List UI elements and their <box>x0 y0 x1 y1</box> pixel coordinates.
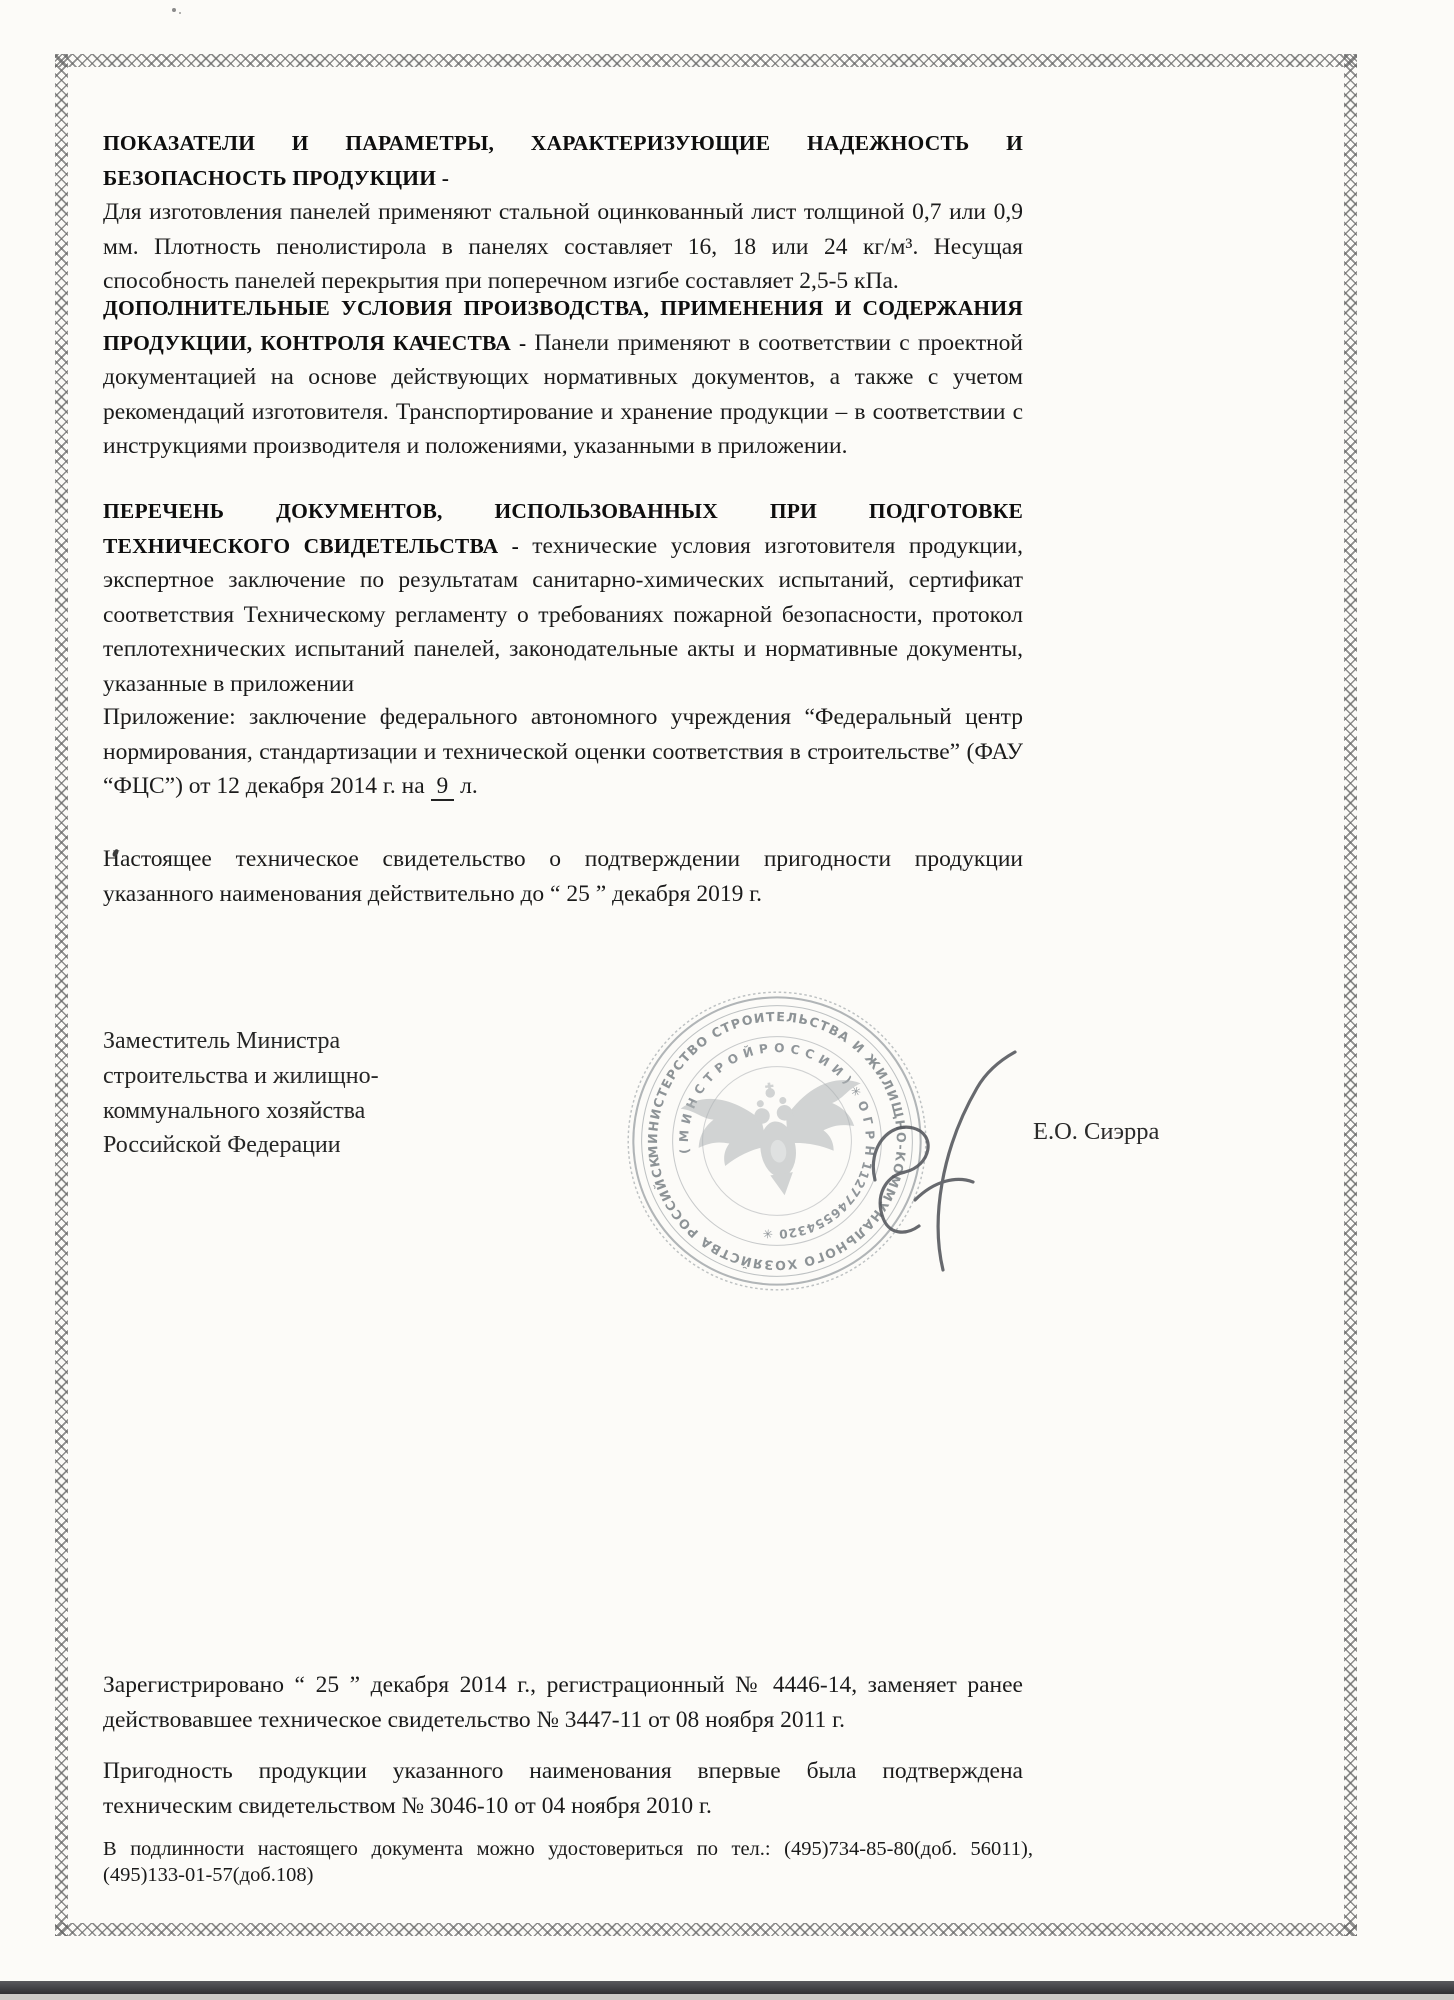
section-indicators-body: Для изготовления панелей применяют сталь… <box>103 199 1023 294</box>
validity-paragraph: Настоящее техническое свидетельство о по… <box>103 842 1023 911</box>
scan-bottom-edge <box>0 1981 1454 1994</box>
verification-phone-line: В подлинности настоящего документа можно… <box>103 1836 1033 1888</box>
registration-paragraph: Зарегистрировано “ 25 ” декабря 2014 г.,… <box>103 1668 1023 1737</box>
appendix-text-tail: л. <box>454 773 477 799</box>
scan-bottom-edge-shadow <box>0 1994 1454 2000</box>
scan-speck <box>172 8 176 12</box>
section-indicators: ПОКАЗАТЕЛИ И ПАРАМЕТРЫ, ХАРАКТЕРИЗУЮЩИЕ … <box>103 126 1023 299</box>
first-approval-paragraph: Пригодность продукции указанного наимено… <box>103 1754 1023 1823</box>
signer-name: Е.О. Сиэрра <box>1033 1118 1159 1146</box>
appendix-pages-count: 9 <box>431 773 455 801</box>
signature-stroke <box>845 1030 1035 1285</box>
section-additional-conditions: ДОПОЛНИТЕЛЬНЫЕ УСЛОВИЯ ПРОИЗВОДСТВА, ПРИ… <box>103 291 1023 464</box>
border-pattern-right <box>1344 54 1357 1936</box>
scanned-certificate-page: { "document": { "sections": { "indicator… <box>0 0 1454 2000</box>
appendix-paragraph: Приложение: заключение федерального авто… <box>103 700 1023 804</box>
section-indicators-heading: ПОКАЗАТЕЛИ И ПАРАМЕТРЫ, ХАРАКТЕРИЗУЮЩИЕ … <box>103 126 1023 195</box>
section-documents-list: ПЕРЕЧЕНЬ ДОКУМЕНТОВ, ИСПОЛЬЗОВАННЫХ ПРИ … <box>103 494 1023 702</box>
border-pattern-top <box>55 54 1357 67</box>
appendix-text: Приложение: заключение федерального авто… <box>103 704 1023 799</box>
border-pattern-bottom <box>55 1923 1357 1936</box>
signer-title: Заместитель Министра строительства и жил… <box>103 1024 438 1163</box>
border-pattern-left <box>55 54 68 1936</box>
